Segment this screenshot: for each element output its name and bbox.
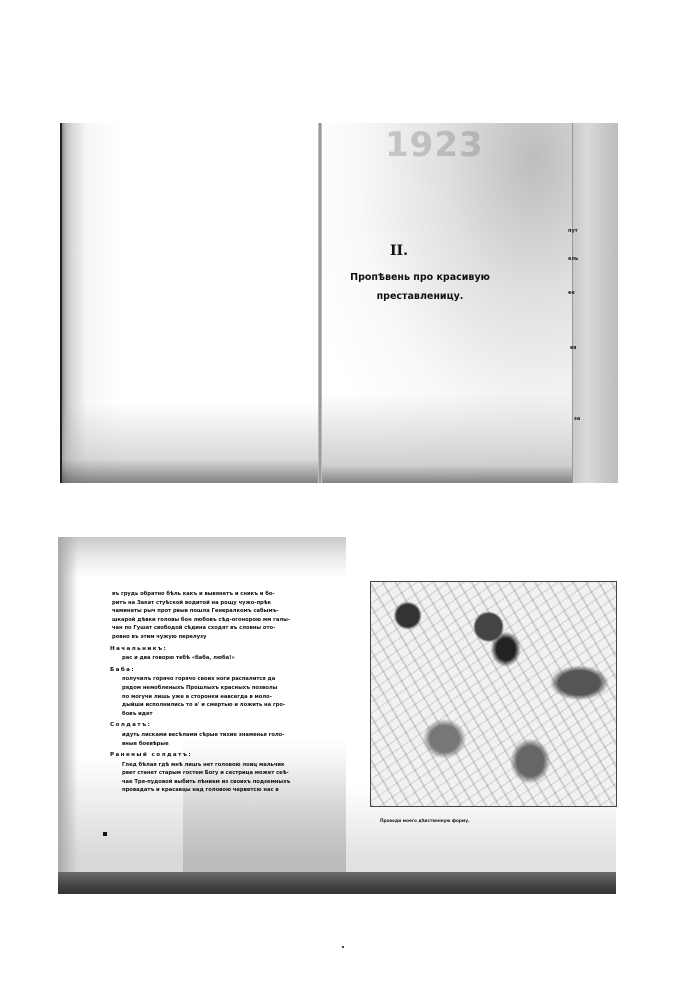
dialogue-paragraph: Глед бѣлая гдѣ мнѣ лишъ нет головою лоиц…	[112, 761, 312, 795]
dialogue-text-block: въ грудь обратно бѣль какъ и вывянетъ и …	[112, 590, 312, 795]
text-line: дыйши исполнились то а' и смертью и ложи…	[122, 701, 312, 710]
edge-fragment: пут	[568, 228, 578, 234]
next-page-edge	[572, 123, 618, 483]
text-line: чаминаты рыч прот рвыв пошла Генералкомъ…	[112, 607, 312, 616]
scan-bottom-shadow	[58, 872, 616, 894]
edge-fragment: ель	[568, 256, 578, 262]
text-line: провадатъ и красавцы над головою черветс…	[122, 786, 312, 795]
page-marker	[103, 832, 107, 836]
text-line: рвет станет старым гостем Богу и сестриц…	[122, 769, 312, 778]
speaker-label: Раненый солдатъ:	[110, 751, 312, 760]
speaker-label: Солдатъ:	[110, 721, 312, 730]
speaker-label: Начальникъ:	[110, 645, 312, 654]
edge-fragment: вя	[570, 345, 576, 351]
text-line: вные боевѣрые	[122, 740, 312, 749]
edge-fragment: ее	[568, 290, 575, 296]
text-line: въ грудь обратно бѣль какъ и вывянетъ и …	[112, 590, 312, 599]
text-line: рас и два говорю тебѣ «баба, люба!»	[122, 654, 312, 663]
text-line: по могучи лишь уже в сторонки навсегда в…	[122, 693, 312, 702]
text-line: бовъ идет	[122, 710, 312, 719]
ghost-year-bleedthrough: 1923	[385, 125, 484, 165]
text-line: рядом немобленыхъ Прошлыхъ красныхъ позв…	[122, 684, 312, 693]
chapter-title-line-1: Пропѣвень про красивую	[350, 268, 490, 287]
text-line: чае Тря-пудовой выбить пѣнием из своихъ …	[122, 778, 312, 787]
text-line: Глед бѣлая гдѣ мнѣ лишъ нет головою лоиц…	[122, 761, 312, 770]
dialogue-paragraph: идуть лисками весѣлами сѣрые тихие знаме…	[112, 731, 312, 748]
scan-speck	[342, 946, 344, 948]
text-line: ритъ на Закат стуѣской водитой на рощу ч…	[112, 599, 312, 608]
blank-left-page	[60, 123, 320, 483]
dialogue-paragraph: получилъ горячо горячо своих ноги распал…	[112, 675, 312, 718]
chapter-numeral: II.	[390, 243, 408, 259]
chapter-title: Пропѣвень про красивую преставленицу.	[350, 268, 490, 306]
edge-fragment: за	[574, 416, 580, 422]
text-line: получилъ горячо горячо своих ноги распал…	[122, 675, 312, 684]
top-book-spread	[60, 123, 617, 483]
text-line: чан по Гушат свободой сѣдина сходят въ с…	[112, 624, 312, 633]
text-line: ровно въ этим чужую перелузу	[112, 633, 312, 642]
illustration-figures-drawing	[370, 581, 617, 807]
speaker-label: Баба:	[110, 666, 312, 675]
illustration-caption: Проводи моего дѣвственную форму.	[380, 818, 470, 823]
text-line: идуть лисками весѣлами сѣрые тихие знаме…	[122, 731, 312, 740]
chapter-title-line-2: преставленицу.	[350, 287, 490, 306]
text-line: шкарой дѣвки головы бон любовъ сѣд-огоно…	[112, 616, 312, 625]
dialogue-paragraph: рас и два говорю тебѣ «баба, люба!»	[112, 654, 312, 663]
dialogue-paragraph: въ грудь обратно бѣль какъ и вывянетъ и …	[112, 590, 312, 642]
